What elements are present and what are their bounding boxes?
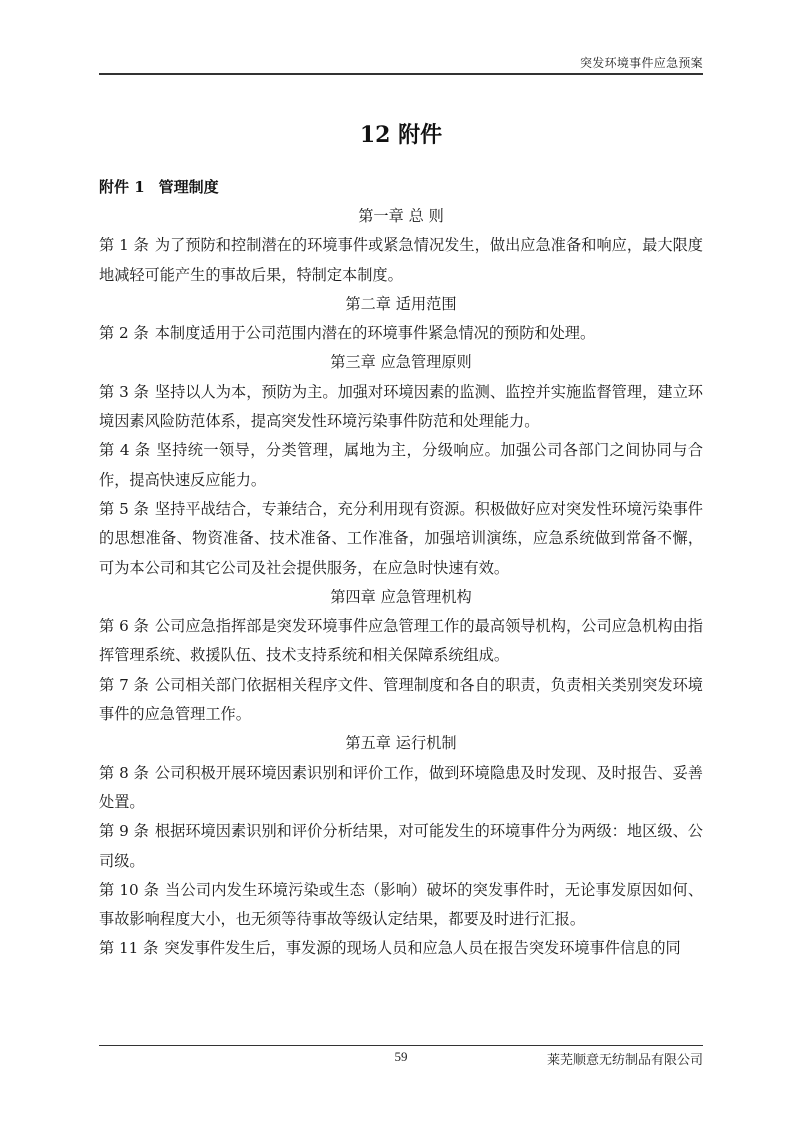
article-number: 第 10 条 — [99, 881, 159, 899]
article: 第 11 条突发事件发生后，事发源的现场人员和应急人员在报告突发环境事件信息的同 — [99, 934, 703, 963]
article-text: 本制度适用于公司范围内潜在的环境事件紧急情况的预防和处理。 — [155, 324, 595, 342]
chapter-heading: 第四章 应急管理机构 — [99, 583, 703, 612]
section-title: 12 附件 — [99, 118, 703, 149]
article: 第 2 条本制度适用于公司范围内潜在的环境事件紧急情况的预防和处理。 — [99, 319, 703, 348]
footer-company: 莱芜顺意无纺制品有限公司 — [547, 1049, 703, 1068]
article-text: 突发事件发生后，事发源的现场人员和应急人员在报告突发环境事件信息的同 — [164, 939, 680, 957]
header-rule — [99, 73, 703, 75]
article-text: 坚持统一领导，分类管理，属地为主，分级响应。加强公司各部门之间协同与合作，提高快… — [99, 441, 703, 488]
article: 第 8 条公司积极开展环境因素识别和评价工作，做到环境隐患及时发现、及时报告、妥… — [99, 759, 703, 818]
article-number: 第 7 条 — [99, 676, 149, 694]
chapter-heading: 第二章 适用范围 — [99, 290, 703, 319]
article: 第 3 条坚持以人为本，预防为主。加强对环境因素的监测、监控并实施监督管理，建立… — [99, 378, 703, 437]
article: 第 5 条坚持平战结合，专兼结合，充分利用现有资源。积极做好应对突发性环境污染事… — [99, 495, 703, 583]
document-body: 第一章 总 则 第 1 条为了预防和控制潜在的环境事件或紧急情况发生，做出应急准… — [99, 202, 703, 964]
chapter-heading: 第五章 运行机制 — [99, 729, 703, 758]
article-text: 坚持平战结合，专兼结合，充分利用现有资源。积极做好应对突发性环境污染事件的思想准… — [99, 500, 703, 577]
article: 第 9 条根据环境因素识别和评价分析结果，对可能发生的环境事件分为两级：地区级、… — [99, 817, 703, 876]
article-number: 第 2 条 — [99, 324, 149, 342]
article: 第 1 条为了预防和控制潜在的环境事件或紧急情况发生，做出应急准备和响应，最大限… — [99, 231, 703, 290]
running-header: 突发环境事件应急预案 — [580, 54, 703, 71]
article: 第 6 条公司应急指挥部是突发环境事件应急管理工作的最高领导机构，公司应急机构由… — [99, 612, 703, 671]
article-text: 根据环境因素识别和评价分析结果，对可能发生的环境事件分为两级：地区级、公司级。 — [99, 822, 703, 869]
article: 第 4 条坚持统一领导，分类管理，属地为主，分级响应。加强公司各部门之间协同与合… — [99, 436, 703, 495]
article-number: 第 8 条 — [99, 764, 149, 782]
article-text: 公司应急指挥部是突发环境事件应急管理工作的最高领导机构，公司应急机构由指挥管理系… — [99, 617, 703, 664]
article: 第 7 条公司相关部门依据相关程序文件、管理制度和各自的职责，负责相关类别突发环… — [99, 671, 703, 730]
chapter-heading: 第一章 总 则 — [99, 202, 703, 231]
article-number: 第 6 条 — [99, 617, 149, 635]
article-number: 第 4 条 — [99, 441, 150, 459]
attachment-name: 管理制度 — [159, 178, 219, 196]
article-number: 第 1 条 — [99, 236, 149, 254]
article-text: 当公司内发生环境污染或生态（影响）破坏的突发事件时，无论事发原因如何、事故影响程… — [99, 881, 703, 928]
article-text: 公司积极开展环境因素识别和评价工作，做到环境隐患及时发现、及时报告、妥善处置。 — [99, 764, 703, 811]
article-text: 坚持以人为本，预防为主。加强对环境因素的监测、监控并实施监督管理，建立环境因素风… — [99, 383, 703, 430]
article-number: 第 11 条 — [99, 939, 158, 957]
article-text: 公司相关部门依据相关程序文件、管理制度和各自的职责，负责相关类别突发环境事件的应… — [99, 676, 703, 723]
article-number: 第 9 条 — [99, 822, 149, 840]
chapter-heading: 第三章 应急管理原则 — [99, 348, 703, 377]
attachment-heading: 附件 1管理制度 — [99, 176, 219, 197]
article-number: 第 3 条 — [99, 383, 149, 401]
document-page: 突发环境事件应急预案 12 附件 附件 1管理制度 第一章 总 则 第 1 条为… — [99, 0, 703, 1131]
article-number: 第 5 条 — [99, 500, 149, 518]
article-text: 为了预防和控制潜在的环境事件或紧急情况发生，做出应急准备和响应，最大限度地减轻可… — [99, 236, 703, 283]
article: 第 10 条当公司内发生环境污染或生态（影响）破坏的突发事件时，无论事发原因如何… — [99, 876, 703, 935]
attachment-label: 附件 1 — [99, 178, 145, 196]
footer-rule — [99, 1045, 703, 1046]
